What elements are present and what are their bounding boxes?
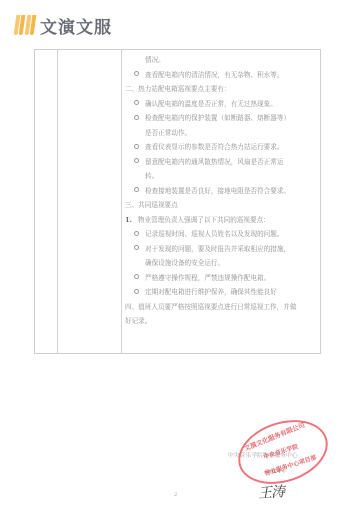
text-line: 情况。 bbox=[124, 53, 316, 68]
company-logo: 文演文服 bbox=[14, 14, 112, 36]
numbered-item: 1.物业管理负责人强调了以下共同的巡视要点： bbox=[124, 213, 316, 228]
table-content-cell: 情况。 查看配电箱内的清洁情况，有无杂物、积水等。 二、热力站配电箱巡视要点主要… bbox=[124, 50, 316, 353]
bullet-item: 严格遵守操作规程，严禁违规操作配电箱。 bbox=[124, 271, 316, 286]
bullet-item: 留意配电箱内的通风散热情况，风扇是否正常运 bbox=[124, 155, 316, 170]
logo-mark-icon bbox=[14, 15, 36, 35]
text-line: 转。 bbox=[124, 169, 316, 184]
text-line: 是否正常动作。 bbox=[124, 126, 316, 141]
paragraph-line: 四、值班人员要严格按照巡视要点进行日常巡视工作，并做 bbox=[124, 300, 316, 315]
circle-bullet-icon bbox=[134, 245, 139, 250]
circle-bullet-icon bbox=[134, 144, 139, 149]
bullet-item: 定期对配电箱进行维护保养，确保其性能良好 bbox=[124, 285, 316, 300]
circle-bullet-icon bbox=[134, 231, 139, 236]
bullet-item: 对于发现的问题，要及时报告并采取相应的措施， bbox=[124, 242, 316, 257]
circle-bullet-icon bbox=[134, 187, 139, 192]
circle-bullet-icon bbox=[134, 158, 139, 163]
bullet-item: 查看仪表显示的参数是否符合热力站运行要求。 bbox=[124, 140, 316, 155]
bullet-item: 确认配电箱的温度是否正常，有无过热现象。 bbox=[124, 97, 316, 112]
circle-bullet-icon bbox=[134, 100, 139, 105]
circle-bullet-icon bbox=[134, 274, 139, 279]
bullet-item: 检查配电箱内的保护装置（如断路器、熔断器等） bbox=[124, 111, 316, 126]
bullet-item: 查看配电箱内的清洁情况，有无杂物、积水等。 bbox=[124, 68, 316, 83]
table-column-divider bbox=[121, 50, 122, 353]
logo-text: 文演文服 bbox=[40, 13, 112, 38]
circle-bullet-icon bbox=[134, 289, 139, 294]
document-table: 情况。 查看配电箱内的清洁情况，有无杂物、积水等。 二、热力站配电箱巡视要点主要… bbox=[34, 49, 321, 354]
circle-bullet-icon bbox=[134, 115, 139, 120]
section-heading: 三、共同巡视要点 bbox=[124, 198, 316, 213]
section-heading: 二、热力站配电箱巡视要点主要有： bbox=[124, 82, 316, 97]
circle-bullet-icon bbox=[134, 71, 139, 76]
paragraph-line: 好记录。 bbox=[124, 314, 316, 329]
bullet-item: 记录巡视时间、巡视人员姓名以及发现的问题。 bbox=[124, 227, 316, 242]
page-number: 2 bbox=[174, 492, 177, 498]
table-column-divider bbox=[57, 50, 58, 353]
text-line: 确保设施设备的安全运行。 bbox=[124, 256, 316, 271]
bullet-item: 检查接地装置是否良好，接地电阻是否符合要求。 bbox=[124, 184, 316, 199]
handwritten-signature: 王涛 bbox=[257, 481, 284, 503]
